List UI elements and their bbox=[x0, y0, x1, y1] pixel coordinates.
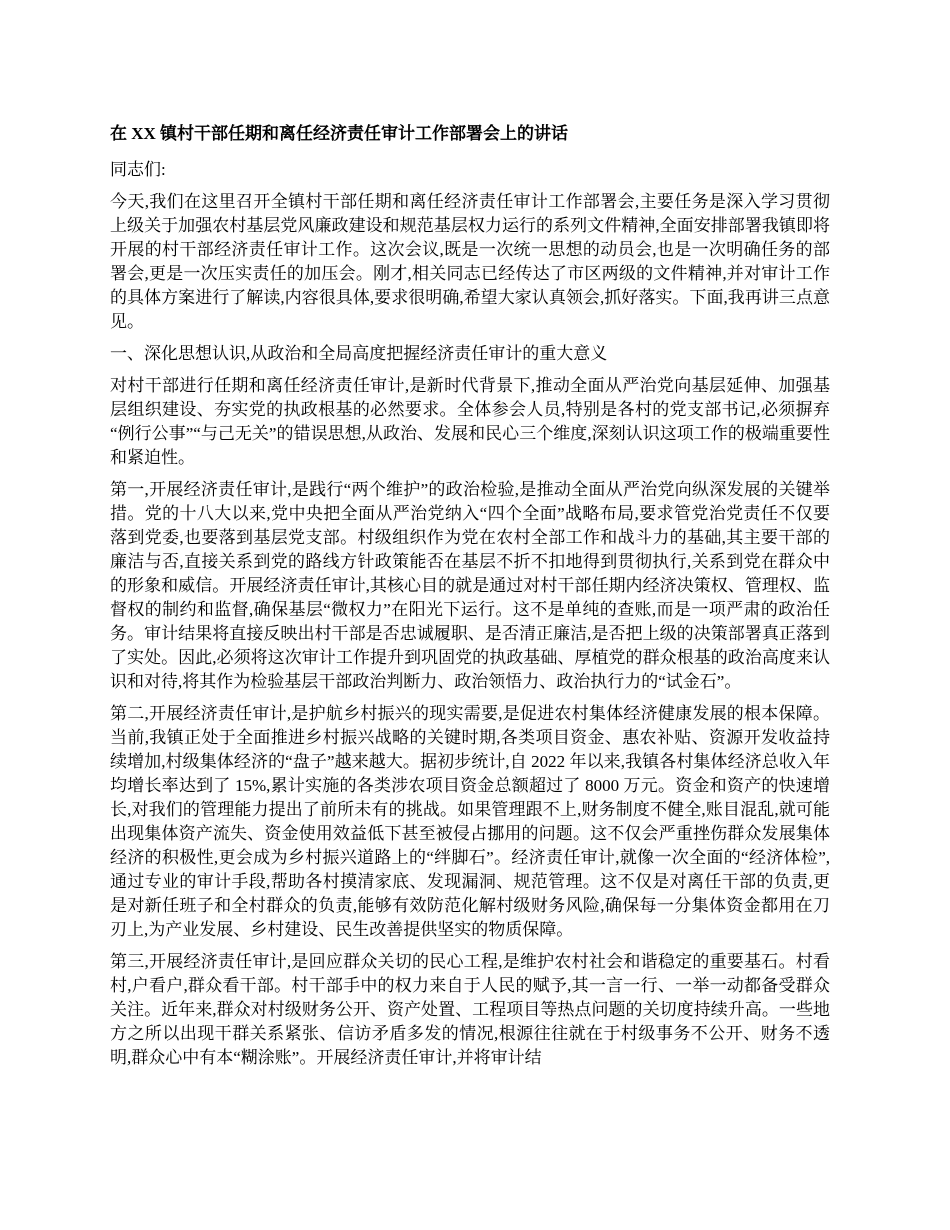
point-1-paragraph: 第一,开展经济责任审计,是践行“两个维护”的政治检验,是推动全面从严治党向纵深发… bbox=[110, 478, 830, 694]
document-page: 在 XX 镇村干部任期和离任经济责任审计工作部署会上的讲话 同志们: 今天,我们… bbox=[0, 0, 935, 1070]
salutation: 同志们: bbox=[110, 158, 830, 182]
point-3-paragraph-truncated: 第三,开展经济责任审计,是回应群众关切的民心工程,是维护农村社会和谐稳定的重要基… bbox=[110, 950, 830, 1070]
intro-paragraph: 今天,我们在这里召开全镇村干部任期和离任经济责任审计工作部署会,主要任务是深入学… bbox=[110, 190, 830, 334]
point-2-paragraph: 第二,开展经济责任审计,是护航乡村振兴的现实需要,是促进农村集体经济健康发展的根… bbox=[110, 702, 830, 942]
section-1-lead-paragraph: 对村干部进行任期和离任经济责任审计,是新时代背景下,推动全面从严治党向基层延伸、… bbox=[110, 374, 830, 470]
document-title: 在 XX 镇村干部任期和离任经济责任审计工作部署会上的讲话 bbox=[110, 122, 830, 146]
section-1-heading: 一、深化思想认识,从政治和全局高度把握经济责任审计的重大意义 bbox=[110, 342, 830, 366]
